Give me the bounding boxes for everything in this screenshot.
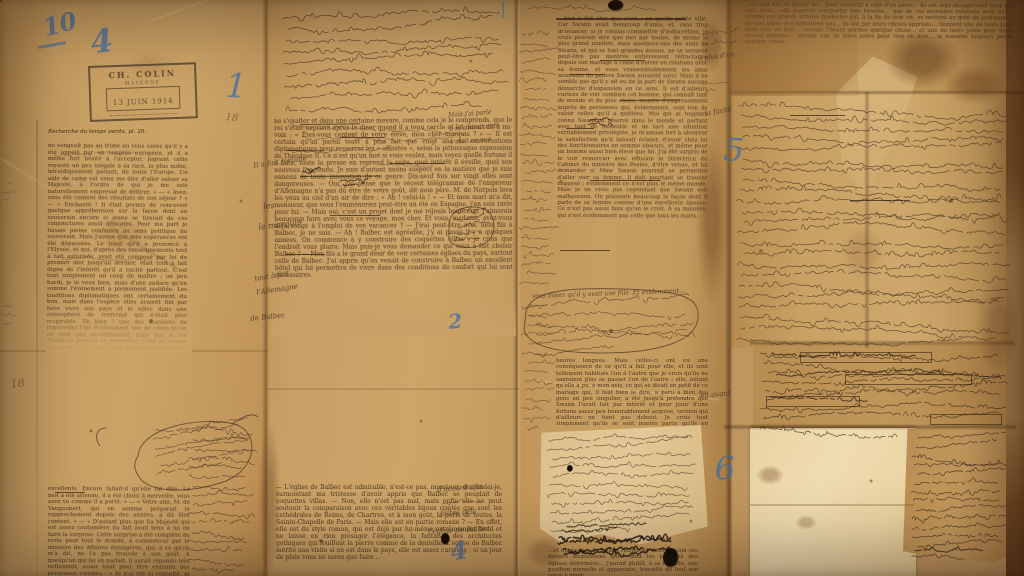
correction-box (800, 352, 932, 363)
handwritten-addition-top-col2 (282, 4, 509, 116)
manuscript-page-right (735, 98, 1011, 346)
blue-crayon-tick (502, 2, 504, 18)
stamp-place: MAYENNE (125, 80, 161, 86)
printed-column-3-mid: heures longues. Mais celles-ci ont eu un… (556, 358, 708, 426)
margin-manuscript-column-col3-upper (519, 28, 559, 290)
printed-top-right: …se sont mis en devoir de… pour ressorti… (745, 2, 1013, 91)
pasted-slip-manuscript (545, 431, 699, 536)
printer-stamp: CH. COLIN MAYENNE 13 JUIN 1914 (88, 62, 198, 122)
strike-through (850, 200, 910, 201)
edge-note (0, 178, 22, 204)
edge-note (0, 300, 20, 330)
paper-tear-dark (608, 0, 624, 11)
interlinear-correction (60, 255, 160, 262)
crossed-out-print-line (560, 522, 656, 533)
pencil-number: 18 (10, 377, 25, 391)
strike-through (560, 250, 610, 251)
crossed-out-print-block (558, 534, 676, 558)
printed-column-1-lower: excellents. Encore fallait-il qu'elle fû… (48, 486, 190, 576)
strike-through (390, 163, 445, 164)
pencil-number: 18 (225, 112, 239, 124)
blue-crayon-number: 2 (447, 309, 463, 334)
blank-pasted-sheet (750, 428, 916, 576)
strike-through (600, 60, 645, 61)
printed-column-3: …tout à fait être que c'est… en quelle p… (557, 16, 708, 295)
proof-sheet-photograph: ne songeait pas au trône où vous savez q… (0, 0, 1024, 576)
correction-box (930, 414, 1002, 425)
lassoed-addition-col3 (528, 294, 696, 356)
correction-box (766, 396, 860, 407)
stamp-date: 13 JUIN 1914 (113, 97, 174, 107)
crossed-out-line (908, 546, 994, 554)
blue-crayon-number: 5 (722, 130, 745, 169)
word-scribble (584, 118, 624, 125)
manuscript-fragment-bottom-right (910, 431, 1009, 556)
strike-through (285, 254, 325, 255)
ink-blob (663, 548, 679, 568)
strike-through (330, 215, 380, 216)
galley-caption: Recherche du temps perdu, pl. 20. (48, 129, 198, 135)
interlinear-correction (55, 150, 175, 157)
strike-through (590, 180, 660, 181)
printed-column-1-upper: ne songeait pas au trône où vous savez q… (47, 143, 188, 350)
word-scribble (301, 166, 327, 173)
circled-correction-cluster (450, 205, 494, 244)
paper-specks (0, 0, 2, 2)
strike-through (570, 74, 605, 75)
strike-through (566, 128, 594, 129)
blue-crayon-number: 1 (225, 66, 248, 107)
correction-box (845, 374, 972, 385)
stamp-date-box: 13 JUIN 1914 (105, 86, 181, 112)
margin-note: les (263, 201, 275, 211)
ink-blob (567, 465, 573, 472)
blue-crayon-number: 6 (714, 449, 736, 488)
word-scribble (340, 179, 370, 186)
strike-through (556, 18, 686, 20)
strike-through (340, 137, 385, 138)
strike-through (790, 115, 845, 116)
strike-through (55, 492, 85, 493)
stamp-printer-name: CH. COLIN (108, 68, 176, 80)
stamp-bottom-line (110, 111, 177, 116)
